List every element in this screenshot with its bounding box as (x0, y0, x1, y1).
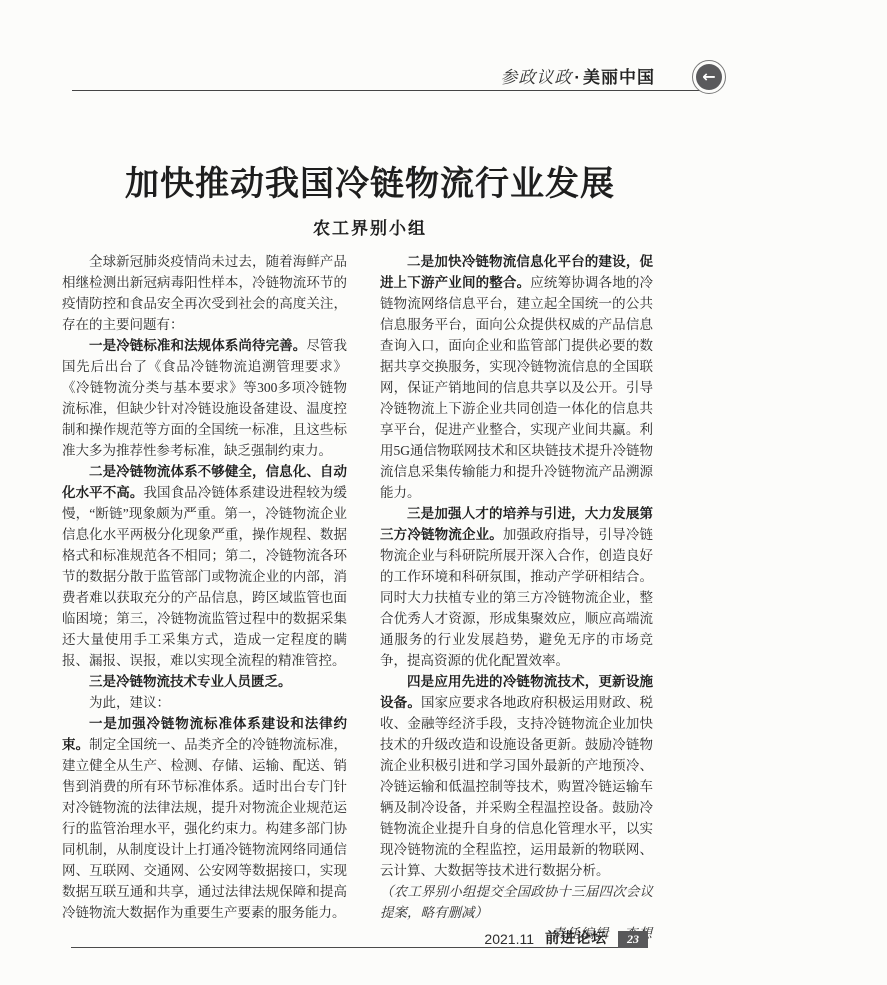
source-note: （农工界别小组提交全国政协十三届四次会议提案，略有删减） (380, 881, 653, 923)
paragraph-problem-1: 一是冷链标准和法规体系尚待完善。尽管我国先后出台了《食品冷链物流追溯管理要求》《… (62, 335, 347, 461)
right-column: 二是加快冷链物流信息化平台的建设，促进上下游产业间的整合。应统筹协调各地的冷链物… (380, 251, 653, 944)
paragraph-problem-2: 二是冷链物流体系不够健全，信息化、自动化水平不高。我国食品冷链体系建设进程较为缓… (62, 461, 347, 671)
paragraph-suggestion-3: 三是加强人才的培养与引进，大力发展第三方冷链物流企业。加强政府指导，引导冷链物流… (380, 503, 653, 671)
back-arrow-glyph: ← (696, 64, 722, 90)
article-title: 加快推动我国冷链物流行业发展 (70, 156, 670, 205)
paragraph-intro: 全球新冠肺炎疫情尚未过去，随着海鲜产品相继检测出新冠病毒阳性样本，冷链物流环节的… (62, 251, 347, 335)
issue-date: 2021.11 (484, 930, 534, 948)
paragraph-suggestion-2: 二是加快冷链物流信息化平台的建设，促进上下游产业间的整合。应统筹协调各地的冷链物… (380, 251, 653, 503)
footer: 2021.11 前进论坛 23 (62, 928, 648, 948)
header-separator: · (572, 68, 583, 87)
magazine-page: 参政议政·美丽中国 ← 加快推动我国冷链物流行业发展 农工界别小组 全球新冠肺炎… (0, 0, 887, 985)
paragraph-problem-3: 三是冷链物流技术专业人员匮乏。 (62, 671, 347, 692)
header-strip: 参政议政·美丽中国 (62, 63, 655, 88)
paragraph-transition: 为此，建议： (62, 692, 347, 713)
page-number-badge: 23 (618, 931, 648, 948)
back-arrow-icon: ← (692, 60, 726, 94)
article-body: 全球新冠肺炎疫情尚未过去，随着海鲜产品相继检测出新冠病毒阳性样本，冷链物流环节的… (62, 251, 653, 944)
magazine-name: 前进论坛 (545, 930, 607, 948)
header-section-label: 参政议政 (500, 68, 572, 87)
header-rule (72, 90, 706, 91)
paragraph-suggestion-4: 四是应用先进的冷链物流技术，更新设施设备。国家应要求各地政府积极运用财政、税收、… (380, 671, 653, 881)
header-topic-label: 美丽中国 (583, 68, 655, 87)
left-column: 全球新冠肺炎疫情尚未过去，随着海鲜产品相继检测出新冠病毒阳性样本，冷链物流环节的… (62, 251, 347, 944)
article-byline: 农工界别小组 (70, 214, 670, 239)
paragraph-suggestion-1: 一是加强冷链物流标准体系建设和法律约束。制定全国统一、品类齐全的冷链物流标准，建… (62, 713, 347, 923)
